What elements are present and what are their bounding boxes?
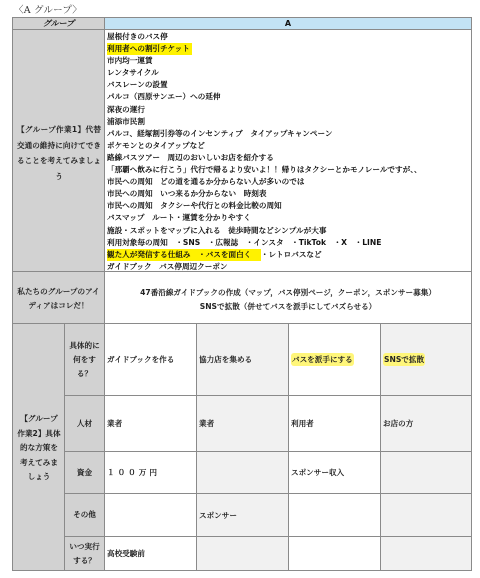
grid-cell	[288, 493, 381, 537]
grid-cell: 業者	[104, 395, 197, 452]
idea-item: 市民への周知 いつ来るか分からない 時刻表	[107, 188, 471, 200]
idea-item: 利用者への割引チケット	[107, 43, 471, 55]
highlighted-text: SNSで拡散	[383, 353, 425, 366]
idea-label: 私たちのグループのアイディアはコレだ！	[15, 285, 102, 313]
task1-label-cell: 【グループ作業1】代替交通の維持に向けてできることを考えてみましょう	[12, 29, 105, 272]
grid-cell	[380, 451, 472, 494]
idea-item: 路線バスツアー 周辺のおいしいお店を紹介する	[107, 152, 471, 164]
grid-cell: お店の方	[380, 395, 472, 452]
row-label-funds: 資金	[64, 451, 105, 494]
idea-list: 屋根付きのバス停 利用者への割引チケット 市内均一運賃 レンタサイクル バスレー…	[107, 31, 471, 273]
idea-content: 47番沿線ガイドブックの作成（マップ，バス停別ページ，クーポン，スポンサー募集）…	[105, 286, 471, 314]
idea-item: ポケモンとのタイアップなど	[107, 140, 471, 152]
row-label-when: いつ実行する？	[64, 536, 105, 571]
idea-item: パルコ、経塚割引券等のインセンティブ タイアップキャンペーン	[107, 128, 471, 140]
idea-item: 屋根付きのバス停	[107, 31, 471, 43]
row-label-people: 人材	[64, 395, 105, 452]
grid-cell: 協力店を集める	[196, 323, 289, 396]
row-label-other: その他	[64, 493, 105, 537]
idea-item: 利用対象毎の周知 ・SNS ・広報誌 ・インスタ ・TikTok ・X ・LIN…	[107, 237, 471, 249]
idea-item: 施設・スポットをマップに入れる 徒歩時間などシンプルが大事	[107, 225, 471, 237]
idea-item: バスレーンの設置	[107, 79, 471, 91]
grid-cell: １００万円	[104, 451, 197, 494]
grid-cell	[196, 536, 289, 571]
idea-item: 観た人が発信する仕組み ・バスを面白く ・レトロバスなど	[107, 249, 471, 261]
row-label-what: 具体的に何をする？	[64, 323, 105, 396]
grid-cell: ガイドブックを作る	[104, 323, 197, 396]
grid-cell	[196, 451, 289, 494]
idea-item: 市民への周知 タクシーや代行との料金比較の周知	[107, 200, 471, 212]
idea-item: 「那覇へ飲みに行こう」代行で帰るより安いよ！！帰りはタクシーとかモノレールですが…	[107, 164, 471, 176]
idea-label-cell: 私たちのグループのアイディアはコレだ！	[12, 271, 105, 324]
grid-cell	[288, 536, 381, 571]
idea-content-cell: 47番沿線ガイドブックの作成（マップ，バス停別ページ，クーポン，スポンサー募集）…	[104, 271, 472, 324]
task1-label: 【グループ作業1】代替交通の維持に向けてできることを考えてみましょう	[17, 122, 101, 184]
page-caption: 〈A グループ〉	[14, 2, 82, 16]
task1-ideas-cell: 屋根付きのバス停 利用者への割引チケット 市内均一運賃 レンタサイクル バスレー…	[104, 29, 472, 272]
highlighted-text: 観た人が発信する仕組み ・バスを面白く	[107, 249, 261, 261]
grid-cell	[380, 493, 472, 537]
grid-cell	[380, 536, 472, 571]
grid-cell: スポンサー収入	[288, 451, 381, 494]
grid-cell: 利用者	[288, 395, 381, 452]
idea-line: SNSで拡散（併せてバスを派手にしてバズらせる）	[105, 300, 471, 314]
idea-item: 浦添市民割	[107, 116, 471, 128]
grid-cell: SNSで拡散	[380, 323, 472, 396]
grid-cell: スポンサー	[196, 493, 289, 537]
idea-line: 47番沿線ガイドブックの作成（マップ，バス停別ページ，クーポン，スポンサー募集）	[105, 286, 471, 300]
idea-item: パルコ（西原サンエー）への延伸	[107, 91, 471, 103]
idea-item: 深夜の運行	[107, 104, 471, 116]
highlighted-text: 利用者への割引チケット	[107, 43, 192, 55]
grid-cell: 高校受験前	[104, 536, 197, 571]
idea-item: レンタサイクル	[107, 67, 471, 79]
grid-cell: 業者	[196, 395, 289, 452]
idea-item: 市内均一運賃	[107, 55, 471, 67]
idea-item: 市民への周知 どの道を通るか分からない人が多いのでは	[107, 176, 471, 188]
highlighted-text: バスを派手にする	[291, 353, 354, 366]
grid-cell	[104, 493, 197, 537]
idea-item: バスマップ ルート・運賃を分かりやすく	[107, 212, 471, 224]
task2-label-cell: 【グループ作業2】具体的な方策を考えてみましょう	[12, 323, 65, 571]
grid-cell: バスを派手にする	[288, 323, 381, 396]
task2-label: 【グループ作業2】具体的な方策を考えてみましょう	[17, 412, 61, 485]
